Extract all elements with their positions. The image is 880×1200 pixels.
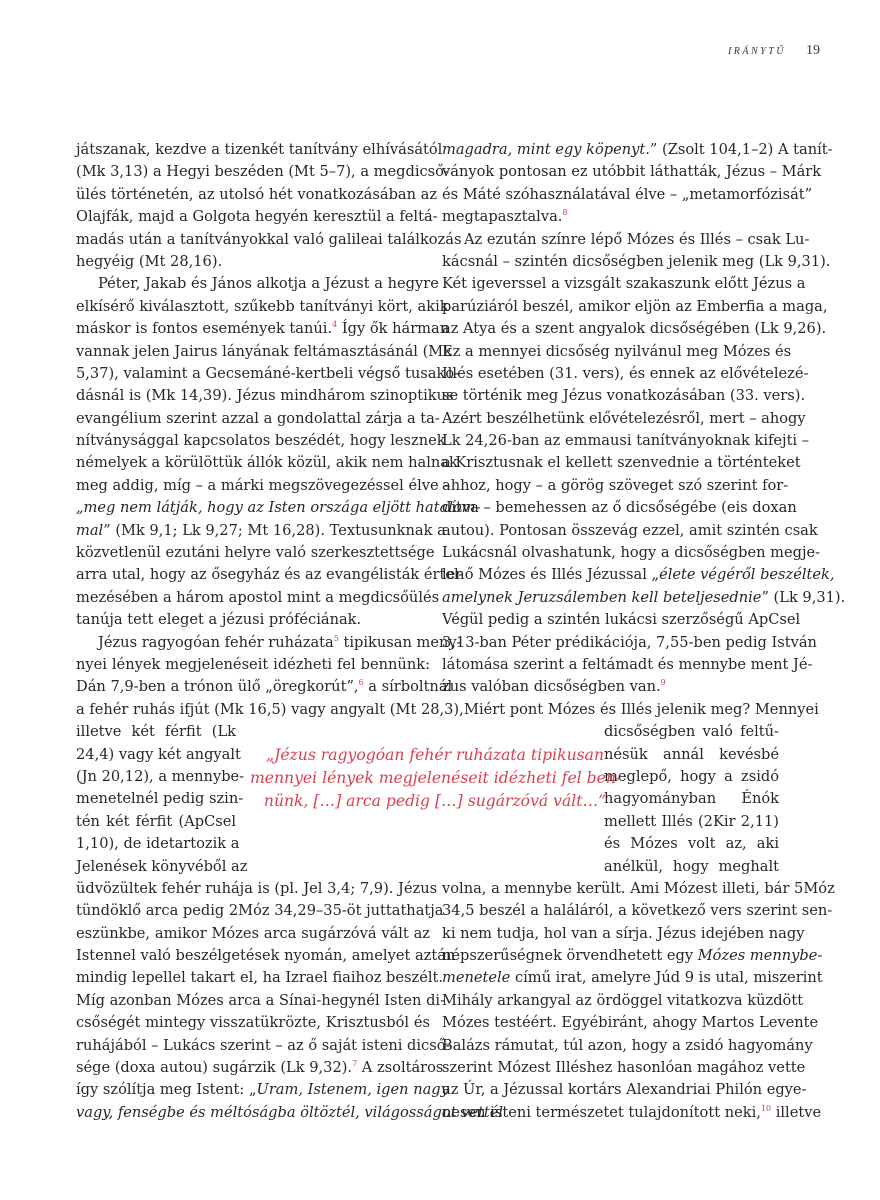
text-line: Illés esetében (31. vers), és ennek az e… — [442, 363, 779, 385]
text-span: amelynek Jeruzsálemben kell beteljesedni… — [442, 589, 761, 606]
text-line: Ez a mennyei dicsőség nyilvánul meg Móze… — [442, 341, 779, 363]
text-line: 1,10), de idetartozik a — [76, 833, 236, 855]
text-line: tanúja tett eleget a jézusi próféciának. — [76, 609, 430, 631]
text-line: vagy, fenségbe és méltóságba öltöztél, v… — [76, 1102, 430, 1124]
text-line: Végül pedig a szintén lukácsi szerzőségű… — [442, 609, 779, 631]
text-line: nítványsággal kapcsolatos beszédét, hogy… — [76, 430, 430, 452]
text-line: Balázs rámutat, túl azon, hogy a zsidó h… — [442, 1035, 779, 1057]
text-line: 24,4) vagy két angyalt — [76, 744, 236, 766]
text-line: Jelenések könyvéből az — [76, 856, 236, 878]
text-line: Miért pont Mózes és Illés jelenik meg? M… — [442, 699, 779, 721]
text-line: Azért beszélhetünk elővételezésről, mert… — [442, 408, 779, 430]
text-span: nesen isteni természetet tulajdonított n… — [442, 1104, 761, 1121]
text-line: arra utal, hogy az ősegyház és az evangé… — [76, 564, 430, 586]
text-span: máskor is fontos események tanúi. — [76, 320, 332, 337]
text-span: megtapasztalva. — [442, 208, 562, 225]
text-line: mellett Illés (2Kir 2,11) — [604, 811, 779, 833]
text-line: 5,37), valamint a Gecsemáné-kertbeli vég… — [76, 363, 430, 385]
text-line: Istennel való beszélgetések nyomán, amel… — [76, 945, 430, 967]
text-line: autou). Pontosan összevág ezzel, amit sz… — [442, 520, 779, 542]
text-line: Az ezután színre lépő Mózes és Illés – c… — [442, 229, 779, 251]
text-line: Mihály arkangyal az ördöggel vitatkozva … — [442, 990, 779, 1012]
text-line: népszerűségnek örvendhetett egy Mózes me… — [442, 945, 779, 967]
text-line: (Jn 20,12), a mennybe- — [76, 766, 236, 788]
text-span: című irat, amelyre Júd 9 is utal, miszer… — [510, 969, 822, 986]
text-line: amelynek Jeruzsálemben kell beteljesedni… — [442, 587, 779, 609]
text-line: üdvözültek fehér ruhája is (pl. Jel 3,4;… — [76, 878, 430, 900]
text-line: tündöklő arca pedig 2Móz 34,29–35-öt jut… — [76, 900, 430, 922]
text-line: megtapasztalva.8 — [442, 206, 779, 228]
text-span: zus valóban dicsőségben van. — [442, 678, 661, 695]
text-line: vannak jelen Jairus lányának feltámasztá… — [76, 341, 430, 363]
text-line: menetelnél pedig szin- — [76, 788, 236, 810]
text-line: kácsnál – szintén dicsőségben jelenik me… — [442, 251, 779, 273]
text-line: „meg nem látják, hogy az Isten országa e… — [76, 497, 430, 519]
text-line: a fehér ruhás ifjút (Mk 16,5) vagy angya… — [76, 699, 430, 721]
text-span: Jézus ragyogóan fehér ruházata — [98, 634, 334, 651]
text-line: dítva – bemehessen az ő dicsőségébe (eis… — [442, 497, 779, 519]
text-line: nyei lények megjelenéseit idézheti fel b… — [76, 654, 430, 676]
text-line: Olajfák, majd a Golgota hegyén keresztül… — [76, 206, 430, 228]
text-line: Mózes testéért. Egyébiránt, ahogy Martos… — [442, 1012, 779, 1034]
text-line: Dán 7,9-ben a trónon ülő „öregkorút”,6 a… — [76, 676, 430, 698]
text-line: mindig lepellel takart el, ha Izrael fia… — [76, 967, 430, 989]
text-line: zus valóban dicsőségben van.9 — [442, 676, 779, 698]
text-line: volna, a mennybe került. Ami Mózest ille… — [442, 878, 779, 900]
page-header: IRÁNYTŰ 19 — [728, 43, 820, 59]
text-line: magadra, mint egy köpenyt.” (Zsolt 104,1… — [442, 139, 779, 161]
text-line: 3,13-ban Péter prédikációja, 7,55-ben pe… — [442, 632, 779, 654]
text-line: így szólítja meg Istent: „Uram, Istenem,… — [76, 1079, 430, 1101]
text-line: madás után a tanítványokkal való galilea… — [76, 229, 430, 251]
text-line: látomása szerint a feltámadt és mennybe … — [442, 654, 779, 676]
footnote-marker[interactable]: 10 — [761, 1104, 771, 1113]
text-span: népszerűségnek örvendhetett egy — [442, 947, 698, 964]
footnote-marker[interactable]: 8 — [562, 208, 567, 217]
text-line: elkísérő kiválasztott, szűkebb tanítvány… — [76, 296, 430, 318]
left-column: játszanak, kezdve a tizenkét tanítvány e… — [76, 139, 430, 1124]
text-line: és Máté szóhasználatával élve – „metamor… — [442, 184, 779, 206]
running-title: IRÁNYTŰ — [728, 46, 786, 57]
text-span: a sírboltnál — [364, 678, 453, 695]
text-line: mal” (Mk 9,1; Lk 9,27; Mt 16,28). Textus… — [76, 520, 430, 542]
text-span: Dán 7,9-ben a trónon ülő „öregkorút”, — [76, 678, 359, 695]
text-line: nesen isteni természetet tulajdonított n… — [442, 1102, 779, 1124]
text-span: ” (Lk 9,31). — [761, 589, 845, 606]
text-span: illetve — [771, 1104, 821, 1121]
text-span: A zsoltáros — [357, 1059, 443, 1076]
text-line: nésük annál kevésbé — [604, 744, 779, 766]
text-line: parúziáról beszél, amikor eljön az Ember… — [442, 296, 779, 318]
text-line: hagyományban Énók — [604, 788, 779, 810]
text-line: anélkül, hogy meghalt — [604, 856, 779, 878]
text-line: tén két férfit (ApCsel — [76, 811, 236, 833]
text-line: meg addig, míg – a márki megszövegezésse… — [76, 475, 430, 497]
text-line: illetve két férfit (Lk — [76, 721, 236, 743]
text-line: Míg azonban Mózes arca a Sínai-hegynél I… — [76, 990, 430, 1012]
text-line: az Úr, a Jézussal kortárs Alexandriai Ph… — [442, 1079, 779, 1101]
text-span: Így ők hárman — [337, 320, 449, 337]
text-line: a Krisztusnak el kellett szenvednie a tö… — [442, 452, 779, 474]
text-line: ülés történetén, az utolsó hét vonatkozá… — [76, 184, 430, 206]
text-line: meglepő, hogy a zsidó — [604, 766, 779, 788]
text-line: evangélium szerint azzal a gondolattal z… — [76, 408, 430, 430]
text-line: mezésében a három apostol mint a megdics… — [76, 587, 430, 609]
pull-quote-line: mennyei lények megjelenéseit idézheti fe… — [250, 767, 620, 790]
pull-quote-line: „Jézus ragyogóan fehér ruházata tipikusa… — [250, 744, 620, 767]
text-line: Két igeverssel a vizsgált szakaszunk elő… — [442, 273, 779, 295]
text-span: Mózes mennybe- — [698, 947, 823, 964]
text-span: élete végéről beszéltek, — [659, 566, 834, 583]
text-line: csőségét mintegy visszatükrözte, Krisztu… — [76, 1012, 430, 1034]
text-line: Jézus ragyogóan fehér ruházata5 tipikusa… — [76, 632, 430, 654]
text-line: (Mk 3,13) a Hegyi beszéden (Mt 5–7), a m… — [76, 161, 430, 183]
text-line: dicsőségben való feltű- — [604, 721, 779, 743]
page-number: 19 — [806, 43, 820, 59]
text-line: némelyek a körülöttük állók közül, akik … — [76, 452, 430, 474]
pull-quote: „Jézus ragyogóan fehér ruházata tipikusa… — [250, 744, 620, 813]
text-span: menetele — [442, 969, 510, 986]
text-line: Lukácsnál olvashatunk, hogy a dicsőségbe… — [442, 542, 779, 564]
text-span: ” (Mk 9,1; Lk 9,27; Mt 16,28). Textusunk… — [103, 522, 446, 539]
text-span: magadra, mint egy köpenyt. — [442, 141, 650, 158]
right-column: magadra, mint egy köpenyt.” (Zsolt 104,1… — [442, 139, 779, 1124]
text-line: közvetlenül ezutáni helyre való szerkesz… — [76, 542, 430, 564]
text-line: Lk 24,26-ban az emmausi tanítványoknak k… — [442, 430, 779, 452]
text-line: az Atya és a szent angyalok dicsőségében… — [442, 318, 779, 340]
text-line: eszünkbe, amikor Mózes arca sugárzóvá vá… — [76, 923, 430, 945]
text-line: lenő Mózes és Illés Jézussal „élete végé… — [442, 564, 779, 586]
text-line: ványok pontosan ez utóbbit láthatták, Jé… — [442, 161, 779, 183]
pull-quote-line: nünk, […] arca pedig […] sugárzóvá vált…… — [250, 790, 620, 813]
text-line: ruhájából – Lukács szerint – az ő saját … — [76, 1035, 430, 1057]
text-line: játszanak, kezdve a tizenkét tanítvány e… — [76, 139, 430, 161]
text-line: dásnál is (Mk 14,39). Jézus mindhárom sz… — [76, 385, 430, 407]
text-line: ahhoz, hogy – a görög szöveget szó szeri… — [442, 475, 779, 497]
text-line: Péter, Jakab és János alkotja a Jézust a… — [76, 273, 430, 295]
text-line: hegyéig (Mt 28,16). — [76, 251, 430, 273]
text-span: Uram, Istenem, igen nagy — [257, 1081, 449, 1098]
text-line: sége (doxa autou) sugárzik (Lk 9,32).7 A… — [76, 1057, 430, 1079]
text-span: mal — [76, 522, 103, 539]
text-line: máskor is fontos események tanúi.4 Így ő… — [76, 318, 430, 340]
footnote-marker[interactable]: 9 — [661, 679, 666, 688]
text-span: sége (doxa autou) sugárzik (Lk 9,32). — [76, 1059, 352, 1076]
text-line: se történik meg Jézus vonatkozásában (33… — [442, 385, 779, 407]
text-line: és Mózes volt az, aki — [604, 833, 779, 855]
text-line: 34,5 beszél a haláláról, a következő ver… — [442, 900, 779, 922]
text-span: ” (Zsolt 104,1–2) A tanít- — [650, 141, 833, 158]
text-span: lenő Mózes és Illés Jézussal „ — [442, 566, 659, 583]
text-line: menetele című irat, amelyre Júd 9 is uta… — [442, 967, 779, 989]
text-span: így szólítja meg Istent: „ — [76, 1081, 257, 1098]
text-line: ki nem tudja, hol van a sírja. Jézus ide… — [442, 923, 779, 945]
text-line: szerint Mózest Illéshez hasonlóan magáho… — [442, 1057, 779, 1079]
